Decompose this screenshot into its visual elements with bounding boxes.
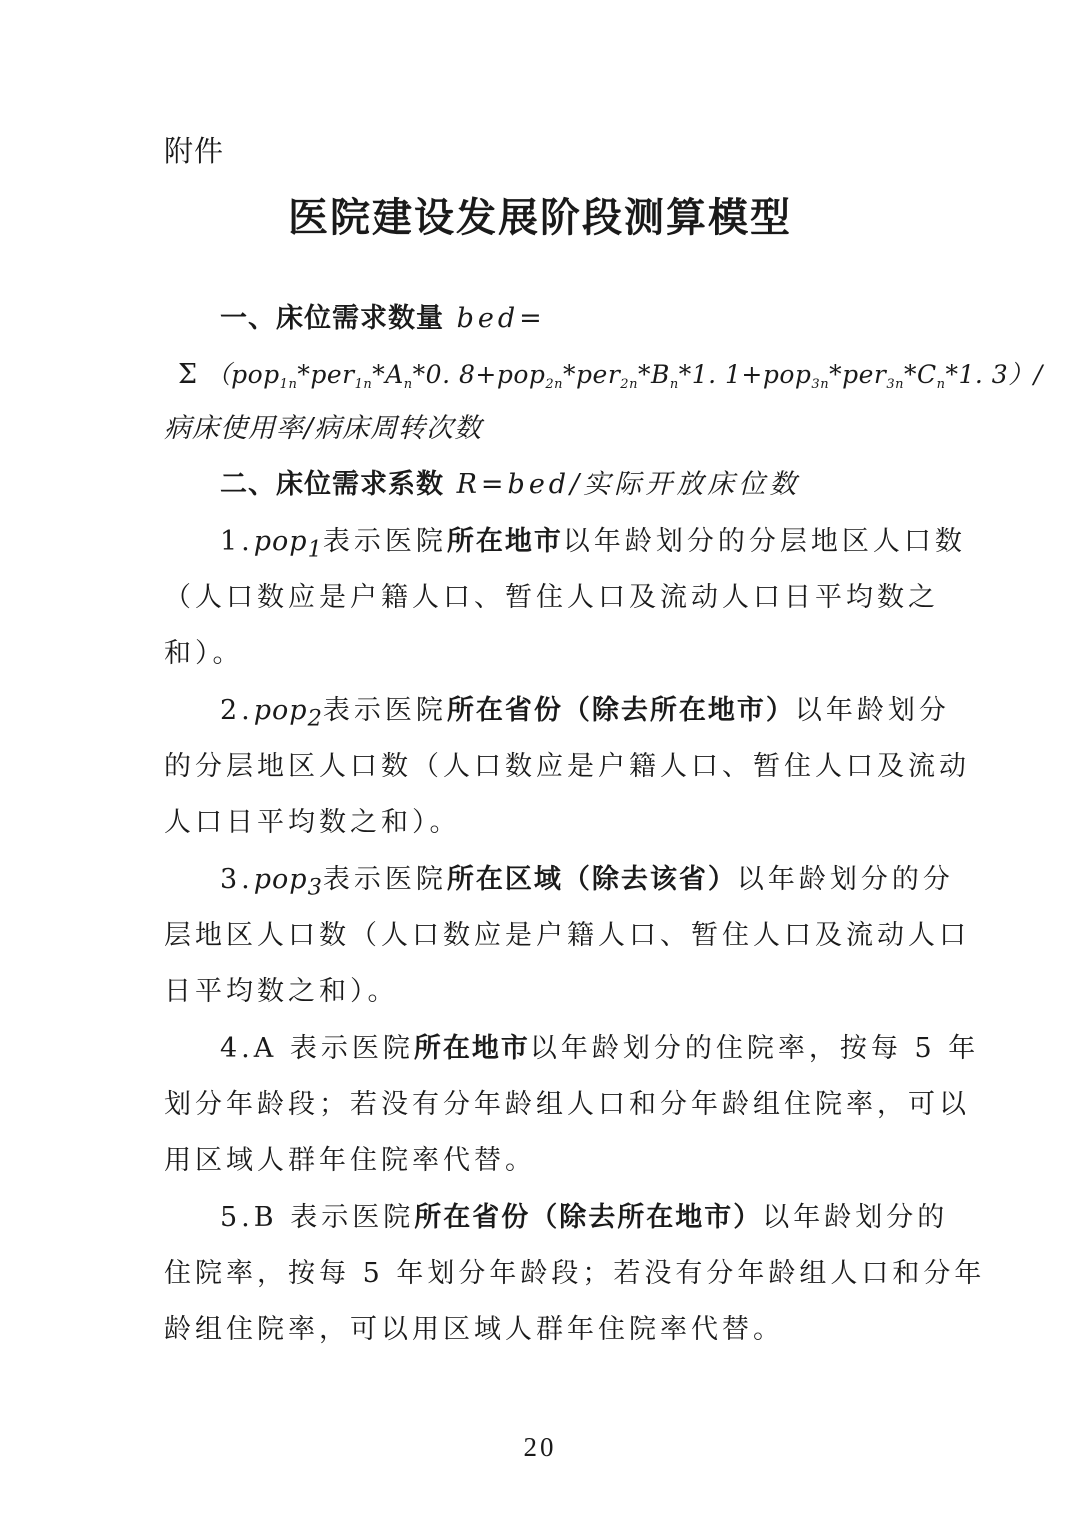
item-number: 2. bbox=[220, 695, 254, 726]
item-variable: B bbox=[254, 1202, 278, 1233]
document-title: 医院建设发展阶段测算模型 bbox=[0, 193, 1080, 243]
item-number: 4. bbox=[220, 1033, 254, 1064]
item-variable: A bbox=[254, 1033, 278, 1064]
item-text: 以年龄划分 bbox=[795, 695, 950, 726]
item-bold-text: 所在省份（除去所在地市） bbox=[414, 1202, 762, 1233]
formula-sub: 1n bbox=[355, 377, 373, 392]
formula-sub: 3n bbox=[886, 377, 904, 392]
item-text: 表示医院 bbox=[277, 1033, 414, 1064]
section2-heading: 二、床位需求系数 R=bed/实际开放床位数 bbox=[220, 468, 920, 502]
item-3-line-2: 层地区人口数（人口数应是户籍人口、暂住人口及流动人口 bbox=[164, 919, 924, 953]
document-page: 附件 医院建设发展阶段测算模型 一、床位需求数量 bed= Σ（pop1n*pe… bbox=[0, 0, 1080, 1526]
item-4-line-1: 4.A 表示医院所在地市以年龄划分的住院率，按每 5 年 bbox=[220, 1032, 920, 1066]
section2-heading-text: 二、床位需求系数 bbox=[220, 469, 444, 500]
formula-term: *per bbox=[297, 360, 354, 389]
page-number: 20 bbox=[0, 1432, 1080, 1463]
formula-sub: 1n bbox=[280, 377, 298, 392]
formula-term: pop bbox=[763, 360, 812, 389]
item-text: 表示医院 bbox=[323, 695, 447, 726]
formula-term: *A bbox=[372, 360, 404, 389]
formula-sub: n bbox=[937, 377, 946, 392]
item-1-line-1: 1.pop1表示医院所在地市以年龄划分的分层地区人口数 bbox=[220, 525, 920, 566]
formula-term: *1. 3）/ bbox=[946, 360, 1043, 389]
item-4-line-2: 划分年龄段；若没有分年龄组人口和分年龄组住院率，可以 bbox=[164, 1088, 924, 1122]
formula-term: *0. 8+ bbox=[413, 360, 497, 389]
item-1-line-2: （人口数应是户籍人口、暂住人口及流动人口日平均数之 bbox=[164, 581, 924, 615]
item-5-line-3: 龄组住院率，可以用区域人群年住院率代替。 bbox=[164, 1313, 924, 1347]
formula-sub: n bbox=[404, 377, 413, 392]
item-bold-text: 所在地市 bbox=[447, 526, 563, 557]
item-text: 以年龄划分的 bbox=[762, 1202, 948, 1233]
item-text: 以年龄划分的分 bbox=[737, 864, 954, 895]
item-2-line-2: 的分层地区人口数（人口数应是户籍人口、暂住人口及流动 bbox=[164, 750, 924, 784]
attachment-label: 附件 bbox=[164, 133, 224, 169]
formula-term: pop bbox=[231, 360, 280, 389]
section1-heading: 一、床位需求数量 bed= bbox=[220, 302, 920, 336]
formula-sub: n bbox=[670, 377, 679, 392]
formula-term: *C bbox=[904, 360, 937, 389]
item-variable-sub: 3 bbox=[308, 874, 323, 900]
item-bold-text: 所在省份（除去所在地市） bbox=[447, 695, 795, 726]
item-variable-sub: 2 bbox=[308, 705, 323, 731]
item-1-line-3: 和）。 bbox=[164, 637, 924, 671]
item-text: 表示医院 bbox=[323, 526, 447, 557]
section1-heading-var: bed= bbox=[457, 303, 546, 334]
item-number: 5. bbox=[220, 1202, 254, 1233]
formula-sub: 3n bbox=[811, 377, 829, 392]
item-variable: pop bbox=[254, 695, 308, 726]
item-text: 表示医院 bbox=[278, 1202, 415, 1233]
formula-term: pop bbox=[497, 360, 546, 389]
item-text: 以年龄划分的住院率，按每 5 年 bbox=[530, 1033, 979, 1064]
item-4-line-3: 用区域人群年住院率代替。 bbox=[164, 1144, 924, 1178]
item-5-line-2: 住院率，按每 5 年划分年龄段；若没有分年龄组人口和分年 bbox=[164, 1257, 924, 1291]
formula-term: *per bbox=[563, 360, 620, 389]
formula-term: *per bbox=[829, 360, 886, 389]
item-2-line-1: 2.pop2表示医院所在省份（除去所在地市）以年龄划分 bbox=[220, 694, 920, 735]
item-variable: pop bbox=[254, 526, 308, 557]
formula-paren: （ bbox=[206, 360, 232, 389]
item-text: 以年龄划分的分层地区人口数 bbox=[563, 526, 966, 557]
formula-term: *1. 1+ bbox=[679, 360, 763, 389]
section1-heading-text: 一、床位需求数量 bbox=[220, 303, 444, 334]
item-3-line-3: 日平均数之和）。 bbox=[164, 975, 924, 1009]
formula-term: *B bbox=[638, 360, 670, 389]
item-variable-sub: 1 bbox=[308, 536, 323, 562]
bed-formula: Σ（pop1n*per1n*An*0. 8+pop2n*per2n*Bn*1. … bbox=[178, 358, 938, 392]
item-bold-text: 所在区域（除去该省） bbox=[447, 864, 737, 895]
section2-heading-formula: R=bed/实际开放床位数 bbox=[457, 469, 801, 500]
item-variable: pop bbox=[254, 864, 308, 895]
item-bold-text: 所在地市 bbox=[414, 1033, 530, 1064]
formula-sub: 2n bbox=[545, 377, 563, 392]
item-number: 3. bbox=[220, 864, 254, 895]
sigma-symbol: Σ bbox=[178, 359, 198, 390]
item-3-line-1: 3.pop3表示医院所在区域（除去该省）以年龄划分的分 bbox=[220, 863, 920, 904]
item-text: 表示医院 bbox=[323, 864, 447, 895]
bed-formula-denominator: 病床使用率/病床周转次数 bbox=[164, 412, 924, 446]
formula-sub: 2n bbox=[620, 377, 638, 392]
item-5-line-1: 5.B 表示医院所在省份（除去所在地市）以年龄划分的 bbox=[220, 1201, 920, 1235]
item-number: 1. bbox=[220, 526, 254, 557]
item-2-line-3: 人口日平均数之和）。 bbox=[164, 806, 924, 840]
